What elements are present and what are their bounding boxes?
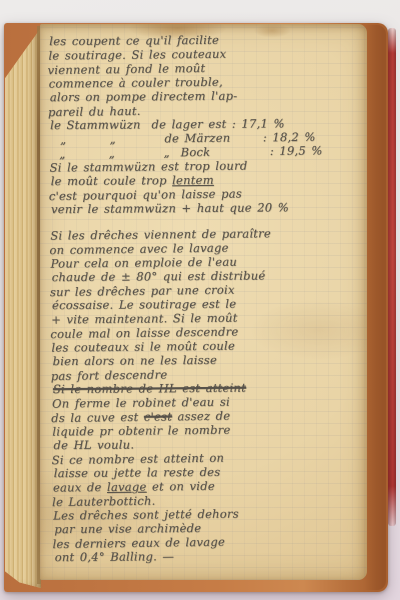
text-segment: le moût coule trop: [51, 173, 172, 188]
handwritten-line: le Stammwüzn de lager est : 17,1 %: [50, 116, 350, 132]
notebook-page: les coupent ce qu'il facilitele soutirag…: [40, 24, 367, 580]
text-segment: assez de: [172, 409, 230, 424]
underlined-text: lentem: [172, 173, 214, 187]
handwritten-text: les coupent ce qu'il facilitele soutirag…: [48, 31, 354, 573]
text-segment: coule mal on laisse descendre: [50, 324, 238, 341]
text-segment: de HL voulu.: [53, 438, 134, 453]
text-segment: et on vide: [146, 479, 214, 494]
text-segment: le Lauterbottich.: [52, 494, 156, 509]
text-segment: viennent au fond le moût: [47, 61, 205, 77]
text-segment: alors on pompe directem l'ap-: [50, 89, 238, 104]
handwritten-line: laisse ou jette la reste des: [54, 464, 354, 480]
page-edges-gutter: [5, 28, 41, 588]
photo-of-notebook: { "document": { "kind": "handwritten-not…: [0, 0, 400, 600]
text-segment: par une vise archimède: [54, 521, 201, 536]
text-segment: écossaise. Le soutirage est le: [52, 297, 236, 312]
handwritten-line: les coupent ce qu'il facilite: [49, 32, 349, 48]
underlined-text: lavage: [107, 480, 147, 494]
text-segment: bien alors on ne les laisse: [53, 353, 217, 368]
struck-text: Si le nombre de HL est atteint: [53, 381, 246, 397]
text-segment: eaux de: [53, 480, 107, 495]
text-segment: le Stammwüzn de lager est : 17,1 %: [50, 116, 285, 132]
text-segment: ont 0,4° Balling. —: [55, 549, 175, 564]
text-segment: les coupent ce qu'il facilite: [49, 33, 219, 48]
struck-text: c'est: [144, 409, 172, 423]
text-segment: ds la cuve est: [51, 410, 144, 425]
cover-rim-shading: [364, 25, 386, 590]
red-fore-edge: [388, 28, 396, 526]
text-segment: venir le stammwüzn + haut que 20 %: [51, 200, 289, 216]
text-segment: laisse ou jette la reste des: [54, 465, 221, 480]
handwritten-line: venir le stammwüzn + haut que 20 %: [51, 200, 351, 216]
handwritten-line: Si le nombre de HL est atteint: [53, 380, 353, 396]
handwritten-line: écossaise. Le soutirage est le: [52, 296, 352, 312]
handwritten-line: ont 0,4° Balling. —: [55, 548, 355, 564]
text-segment: on commence avec le lavage: [49, 241, 228, 258]
